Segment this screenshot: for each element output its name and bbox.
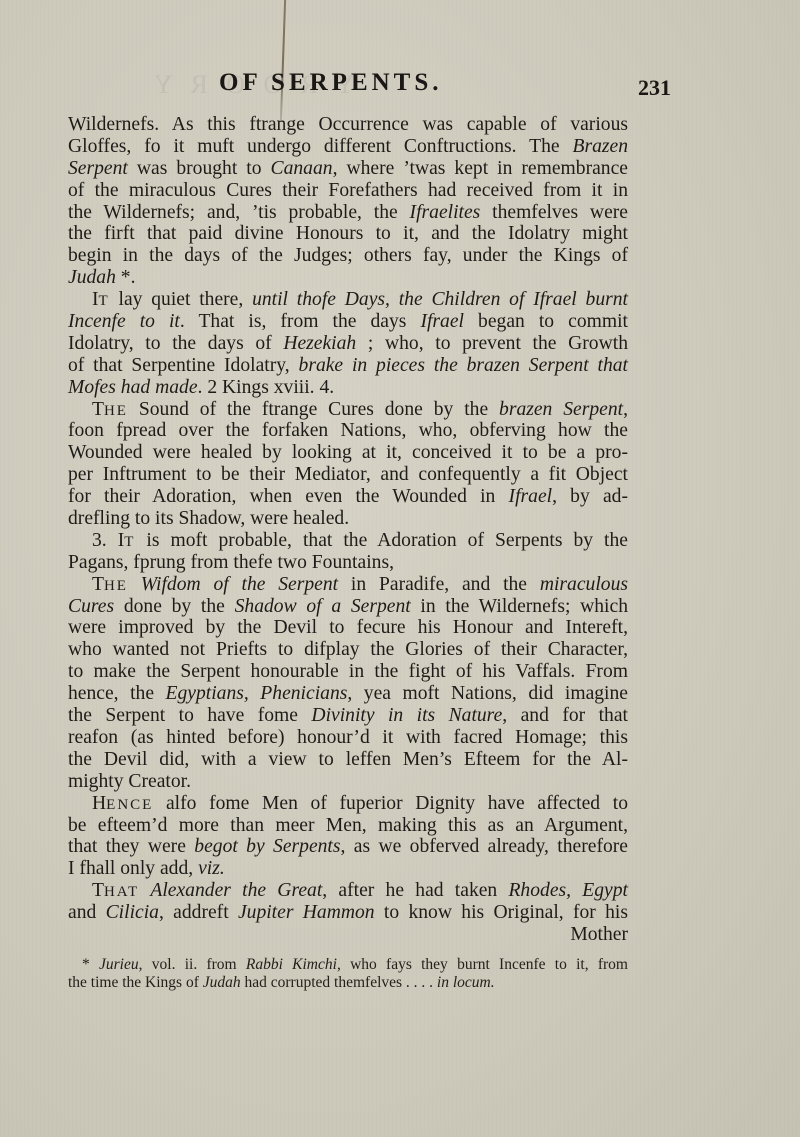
italic-text: Mofes had made xyxy=(68,377,198,398)
body-line: I fhall only add, viz. xyxy=(68,858,628,880)
body-line: THE Wifdom of the Serpent in Paradife, a… xyxy=(68,574,628,596)
text-run: * xyxy=(82,956,99,973)
page-number: 231 xyxy=(638,75,671,101)
body-line: Wounded were healed by looking at it, co… xyxy=(68,442,628,464)
text-run: is moft probable, that the Adoration of … xyxy=(135,530,628,551)
text-run: T xyxy=(92,399,104,420)
italic-text: Hezekiah xyxy=(283,333,356,354)
text-run: Pagans, fprung from thefe two Fountains, xyxy=(68,552,394,573)
text-run: , xyxy=(623,399,628,420)
text-run: that they were xyxy=(68,836,194,857)
body-line: hence, the Egyptians, Phenicians, yea mo… xyxy=(68,683,628,705)
body-text: Wildernefs. As this ftrange Occurrence w… xyxy=(68,114,628,946)
text-run: lay quiet there, xyxy=(110,289,252,310)
text-run: began to commit xyxy=(464,311,628,332)
text-run: 3. I xyxy=(92,530,124,551)
italic-text: Incenfe to it xyxy=(68,311,180,332)
text-run: Sound of the ftrange Cures done by the xyxy=(128,399,499,420)
text-run: HE xyxy=(104,578,128,594)
text-run xyxy=(128,574,141,595)
text-run: the Devil did, with a view to leffen Men… xyxy=(68,749,628,770)
italic-text: Shadow of a Serpent xyxy=(235,596,411,617)
text-run: Wildernefs. As this ftrange Occurrence w… xyxy=(68,114,628,135)
text-run: alfo fome Men of fuperior Dignity have a… xyxy=(153,793,628,814)
italic-text: brake in pieces the brazen Serpent that xyxy=(299,355,628,376)
body-line: IT lay quiet there, until thofe Days, th… xyxy=(68,289,628,311)
body-line: foon fpread over the forfaken Nations, w… xyxy=(68,420,628,442)
body-line: of the miraculous Cures their Forefather… xyxy=(68,180,628,202)
text-run: , vol. ii. from xyxy=(139,956,246,973)
text-run: , who fays they burnt Incenfe to it, fro… xyxy=(337,956,628,973)
text-run: to make the Serpent honourable in the fi… xyxy=(68,661,628,682)
italic-text: begot by Serpents xyxy=(194,836,340,857)
text-run: reafon (as hinted before) honour’d it wi… xyxy=(68,727,628,748)
italic-text: Judah xyxy=(203,974,241,991)
body-line: per Inftrument to be their Mediator, and… xyxy=(68,464,628,486)
text-run: were improved by the Devil to fecure his… xyxy=(68,617,628,638)
body-line: begin in the days of the Judges; others … xyxy=(68,245,628,267)
body-line: were improved by the Devil to fecure his… xyxy=(68,617,628,639)
text-run: of the miraculous Cures their Forefather… xyxy=(68,180,628,201)
text-run: T xyxy=(99,293,110,309)
body-line: of that Serpentine Idolatry, brake in pi… xyxy=(68,355,628,377)
footnote-line: * Jurieu, vol. ii. from Rabbi Kimchi, wh… xyxy=(68,956,628,974)
text-run: , and for that xyxy=(502,705,628,726)
text-run: , addreft xyxy=(159,902,238,923)
body-line: Idolatry, to the days of Hezekiah ; who,… xyxy=(68,333,628,355)
text-run: the Serpent to have fome xyxy=(68,705,311,726)
text-run: the time the Kings of xyxy=(68,974,203,991)
text-run: begin in the days of the Judges; others … xyxy=(68,245,628,266)
body-line: Pagans, fprung from thefe two Fountains, xyxy=(68,552,628,574)
footnote: * Jurieu, vol. ii. from Rabbi Kimchi, wh… xyxy=(68,956,628,992)
text-run: of that Serpentine Idolatry, xyxy=(68,355,299,376)
text-run: HAT xyxy=(104,884,139,900)
italic-text: Ifrael xyxy=(509,486,553,507)
body-line: 3. IT is moft probable, that the Adorati… xyxy=(68,530,628,552)
text-run: hence, the xyxy=(68,683,166,704)
italic-text: Divinity in its Nature xyxy=(311,705,502,726)
italic-text: Canaan xyxy=(271,158,333,179)
text-run: foon fpread over the forfaken Nations, w… xyxy=(68,420,628,441)
text-run: T xyxy=(92,574,104,595)
text-run: , as we obferved already, therefore xyxy=(341,836,628,857)
text-run: per Inftrument to be their Mediator, and… xyxy=(68,464,628,485)
italic-text: Ifraelites xyxy=(410,202,481,223)
body-line: the Devil did, with a view to leffen Men… xyxy=(68,749,628,771)
body-line: mighty Creator. xyxy=(68,771,628,793)
body-line: Serpent was brought to Canaan, where ’tw… xyxy=(68,158,628,180)
text-run: , where ’twas kept in remembrance xyxy=(333,158,628,179)
text-run: . That is, from the days xyxy=(180,311,421,332)
text-run: ENCE xyxy=(106,797,153,813)
body-line: Gloffes, fo it muft undergo different Co… xyxy=(68,136,628,158)
text-run: , after he had taken xyxy=(322,880,508,901)
text-run: , yea moft Nations, did imagine xyxy=(347,683,628,704)
text-run: to know his Original, for his xyxy=(375,902,628,923)
italic-text: viz. xyxy=(198,858,225,879)
body-line: to make the Serpent honourable in the fi… xyxy=(68,661,628,683)
running-head: OF SERPENTS. 231 xyxy=(0,69,800,99)
body-line: the Wildernefs; and, ’tis probable, the … xyxy=(68,202,628,224)
text-run: Idolatry, to the days of xyxy=(68,333,283,354)
text-run: ; who, to prevent the Growth xyxy=(356,333,628,354)
text-run: Wounded were healed by looking at it, co… xyxy=(68,442,628,463)
body-line: the firft that paid divine Honours to it… xyxy=(68,223,628,245)
body-line: Cures done by the Shadow of a Serpent in… xyxy=(68,596,628,618)
text-run: themfelves were xyxy=(480,202,628,223)
text-run: . 2 Kings xviii. 4. xyxy=(198,377,335,398)
text-run: T xyxy=(124,534,135,550)
text-run: HE xyxy=(104,403,128,419)
body-line: Mother xyxy=(68,924,628,946)
italic-text: Ifrael xyxy=(420,311,464,332)
text-run: H xyxy=(92,793,106,814)
body-line: THAT Alexander the Great, after he had t… xyxy=(68,880,628,902)
italic-text: Jupiter Hammon xyxy=(238,902,375,923)
text-run: in Paradife, and the xyxy=(338,574,540,595)
body-line: Wildernefs. As this ftrange Occurrence w… xyxy=(68,114,628,136)
text-run: mighty Creator. xyxy=(68,771,191,792)
footnote-line: the time the Kings of Judah had corrupte… xyxy=(68,974,628,992)
italic-text: Wifdom of the Serpent xyxy=(141,574,338,595)
text-run: *. xyxy=(116,267,136,288)
italic-text: Jurieu xyxy=(99,956,139,973)
text-run: and xyxy=(68,902,106,923)
text-run: was brought to xyxy=(128,158,271,179)
body-line: that they were begot by Serpents, as we … xyxy=(68,836,628,858)
text-run: who wanted not Priefts to difplay the Gl… xyxy=(68,639,628,660)
body-line: Incenfe to it. That is, from the days If… xyxy=(68,311,628,333)
text-run: , by ad- xyxy=(552,486,628,507)
italic-text: Rhodes, Egypt xyxy=(508,880,628,901)
text-run: I fhall only add, xyxy=(68,858,198,879)
body-line: be efteem’d more than meer Men, making t… xyxy=(68,815,628,837)
text-run: Mother xyxy=(570,924,628,945)
body-line: who wanted not Priefts to difplay the Gl… xyxy=(68,639,628,661)
italic-text: Rabbi Kimchi xyxy=(246,956,337,973)
italic-text: miraculous xyxy=(540,574,628,595)
text-run: drefling to its Shadow, were healed. xyxy=(68,508,349,529)
text-run: done by the xyxy=(114,596,235,617)
italic-text: Egyptians, Phenicians xyxy=(166,683,348,704)
italic-text: Brazen xyxy=(572,136,628,157)
italic-text: Alexander the Great xyxy=(150,880,322,901)
text-run: be efteem’d more than meer Men, making t… xyxy=(68,815,628,836)
body-line: for their Adoration, when even the Wound… xyxy=(68,486,628,508)
italic-text: in locum. xyxy=(437,974,495,991)
body-line: and Cilicia, addreft Jupiter Hammon to k… xyxy=(68,902,628,924)
text-run: in the Wildernefs; which xyxy=(411,596,628,617)
body-line: Judah *. xyxy=(68,267,628,289)
text-run: Gloffes, fo it muft undergo different Co… xyxy=(68,136,572,157)
text-run: had corrupted themfelves . . . . xyxy=(241,974,437,991)
text-run: T xyxy=(92,880,104,901)
body-line: the Serpent to have fome Divinity in its… xyxy=(68,705,628,727)
paper-crease xyxy=(280,0,286,122)
body-line: HENCE alfo fome Men of fuperior Dignity … xyxy=(68,793,628,815)
body-line: Mofes had made. 2 Kings xviii. 4. xyxy=(68,377,628,399)
italic-text: brazen Serpent xyxy=(499,399,623,420)
italic-text: Serpent xyxy=(68,158,128,179)
italic-text: Judah xyxy=(68,267,116,288)
page-title: OF SERPENTS. xyxy=(219,69,443,97)
italic-text: Cures xyxy=(68,596,114,617)
italic-text: until thofe Days, the Children of Ifrael… xyxy=(252,289,628,310)
body-line: THE Sound of the ftrange Cures done by t… xyxy=(68,399,628,421)
italic-text: Cilicia xyxy=(106,902,159,923)
body-line: drefling to its Shadow, were healed. xyxy=(68,508,628,530)
text-run: the firft that paid divine Honours to it… xyxy=(68,223,628,244)
text-run: the Wildernefs; and, ’tis probable, the xyxy=(68,202,410,223)
text-run: for their Adoration, when even the Wound… xyxy=(68,486,509,507)
text-run xyxy=(139,880,150,901)
body-line: reafon (as hinted before) honour’d it wi… xyxy=(68,727,628,749)
